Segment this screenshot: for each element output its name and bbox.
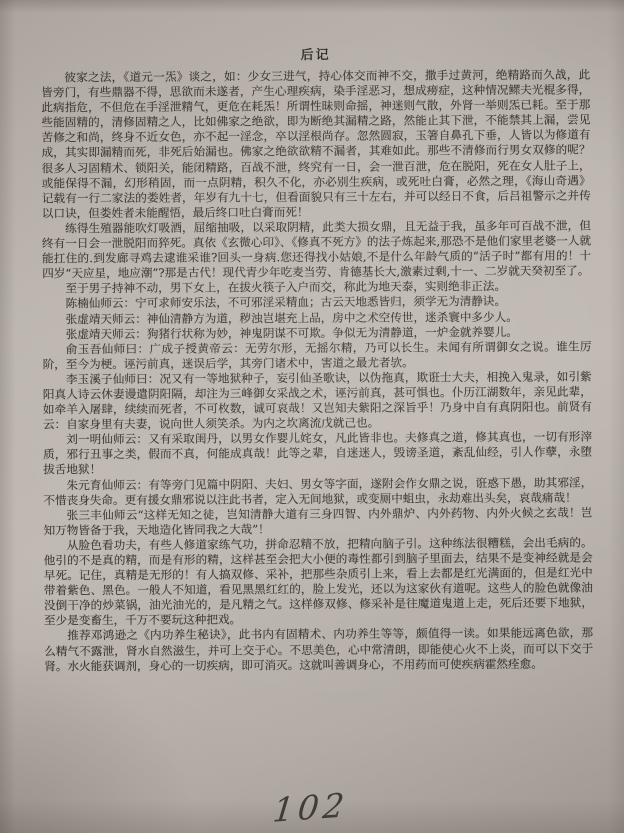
paragraph: 刘一明仙师云：又有采取闺丹，以男女作婴儿姹女，凡此皆非也。夫修真之道，修其真也，…	[43, 430, 592, 478]
paragraph: 李玉溪子仙师曰：况又有一等地狱种子，妄引仙圣歌诀，以伪拖真，欺诳士大夫，相挽入鬼…	[43, 369, 592, 432]
paragraph: 从脸色看功夫，有些人修道家练气功，拼命忍精不放，把精向脑子引。这种练法很糟糕，会…	[44, 535, 593, 628]
body-text: 彼家之法，《道元一炁》谈之，如：少女三进气，持心体交而神不交，撒手过黄河，绝精路…	[41, 68, 593, 675]
page-title: 后记	[41, 43, 590, 65]
paragraph: 俞玉吾仙师曰：广成子授黄帝云：无劳尔形，无摇尔精，乃可以长生。未闻有所谓御女之说…	[43, 339, 592, 372]
paragraph: 练得生殖器能吹灯吸酒，屈缩抽吸，以采取阴精，此类大损女鼎，且无益于我，虽多年可百…	[42, 218, 591, 281]
paragraph: 张三丰仙师云“这样无知之徒，岂知清静大道有三身四智、内外鼎炉、内外药物、内外火候…	[43, 505, 592, 538]
document-page: 后记 彼家之法，《道元一炁》谈之，如：少女三进气，持心体交而神不交，撒手过黄河，…	[41, 43, 593, 675]
paragraph: 推荐邓鸿逊之《内功养生秘诀》，此书内有固精术、内功养生等等，颇值得一读。如果能远…	[44, 626, 593, 674]
paragraph: 朱元育仙师云：有等旁门见篇中阴阳、夫妇、男女等字面，遂附会作女鼎之说，诳惑下愚，…	[43, 475, 592, 508]
paragraph: 彼家之法，《道元一炁》谈之，如：少女三进气，持心体交而神不交，撒手过黄河，绝精路…	[41, 68, 591, 222]
handwritten-page-number: 102	[271, 785, 350, 830]
photo-background: 后记 彼家之法，《道元一炁》谈之，如：少女三进气，持心体交而神不交，撒手过黄河，…	[0, 0, 624, 833]
